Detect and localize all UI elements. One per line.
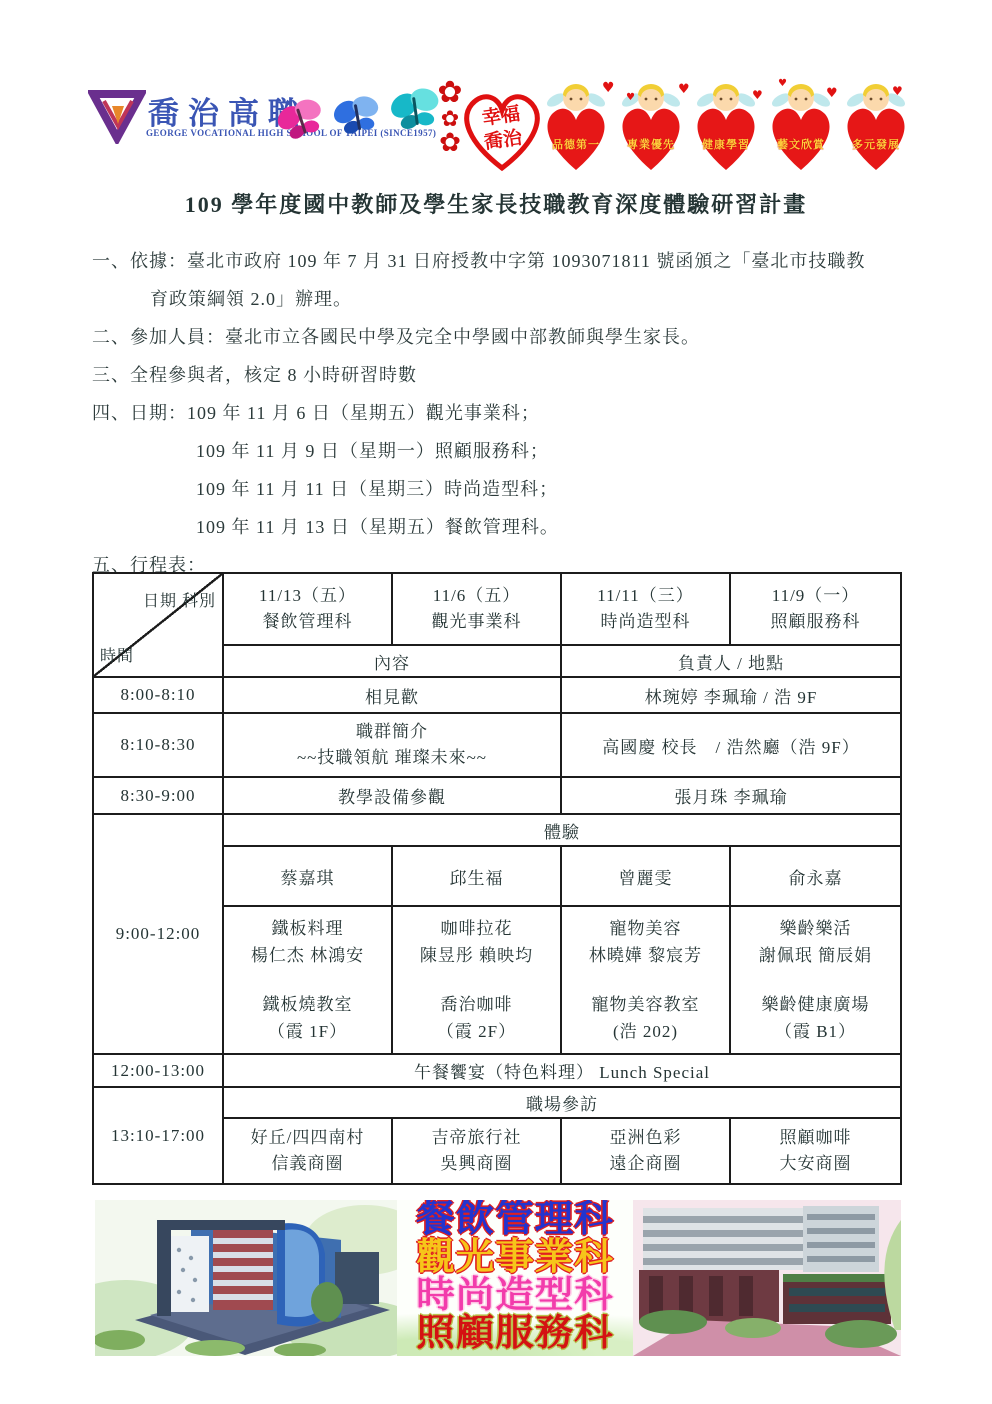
mini-heart-icon: ♥ [752,88,763,102]
schedule-table: 日期 科別 時間 11/13（五）餐飲管理科 11/6（五）觀光事業科 11/1… [92,572,902,1185]
experience-header-cell: 體驗 [223,814,901,846]
body-line: 一、依據：臺北市政府 109 年 7 月 31 日府授教中字第 10930718… [92,242,904,280]
value-hearts: 品德第一 專業優先 [540,78,908,174]
mini-heart-icon: ♥ [778,78,787,89]
date-header-cell: 11/13（五）餐飲管理科 [223,573,392,645]
activity-cell: 咖啡拉花 陳昱彤 賴映均 喬治咖啡 （霞 2F） [392,906,561,1054]
dept-label-fashion: 時尚造型科 [397,1276,633,1314]
value-heart-label: 健康學習 [690,136,762,152]
butterfly-icon [276,98,328,144]
time-cell: 8:00-8:10 [93,677,223,713]
dept-label-care: 照顧服務科 [397,1314,633,1352]
content-cell: 相見歡 [223,677,561,713]
school-logo-icon [88,86,146,144]
header-banner: 喬治高職 GEORGE VOCATIONAL HIGH SCHOOL OF TA… [88,76,908,176]
body-line: 109 年 11 月 13 日（星期五）餐飲管理科。 [92,508,904,546]
value-heart-label: 品德第一 [540,136,612,152]
value-heart-label: 多元發展 [840,136,912,152]
campus-photo-image [633,1200,901,1356]
mini-heart-icon: ♥ [678,82,690,97]
time-cell: 12:00-13:00 [93,1054,223,1087]
document-page: 喬治高職 GEORGE VOCATIONAL HIGH SCHOOL OF TA… [0,0,992,1404]
lunch-cell: 午餐饗宴（特色料理） Lunch Special [223,1054,901,1087]
destination-cell: 吉帝旅行社吳興商圈 [392,1118,561,1184]
body-line: 育政策綱領 2.0」辦理。 [92,280,904,318]
table-row: 8:30-9:00 教學設備參觀 張月珠 李珮瑜 [93,777,901,814]
mini-heart-icon: ♥ [892,84,903,98]
date-header-cell: 11/9（一）照顧服務科 [730,573,901,645]
visit-header-cell: 職場參訪 [223,1087,901,1118]
happiness-heart: 幸福 喬治 [454,80,550,174]
dept-label-restaurant: 餐飲管理科 [397,1200,633,1238]
content-cell: 職群簡介 ~~技職領航 璀璨未來~~ [223,713,561,777]
table-row: 12:00-13:00 午餐饗宴（特色料理） Lunch Special [93,1054,901,1087]
time-cell: 8:30-9:00 [93,777,223,814]
mini-heart-icon: ♥ [826,86,838,101]
time-cell: 13:10-17:00 [93,1087,223,1184]
body-line: 109 年 11 月 11 日（星期三）時尚造型科； [92,470,904,508]
leader-cell: 蔡嘉琪 [223,846,392,906]
table-row: 13:10-17:00 職場參訪 [93,1087,901,1118]
mini-heart-icon: ♥ [602,80,615,96]
corner-cell: 日期 科別 時間 [93,573,223,677]
campus-rendering-image [95,1200,397,1356]
content-cell: 教學設備參觀 [223,777,561,814]
leader-cell: 曾麗雯 [561,846,730,906]
destination-cell: 亞洲色彩遠企商圈 [561,1118,730,1184]
dept-label-tourism: 觀光事業科 [397,1238,633,1276]
body-line: 三、全程參與者，核定 8 小時研習時數 [92,356,904,394]
butterflies-decoration [276,84,446,144]
mini-heart-icon: ♥ [626,92,635,103]
content-header-cell: 內容 [223,645,561,677]
body-line: 109 年 11 月 9 日（星期一）照顧服務科； [92,432,904,470]
document-body: 一、依據：臺北市政府 109 年 7 月 31 日府授教中字第 10930718… [92,242,904,584]
activity-cell: 鐵板料理 楊仁杰 林鴻安 鐵板燒教室 （霞 1F） [223,906,392,1054]
date-header-cell: 11/11（三）時尚造型科 [561,573,730,645]
date-header-cell: 11/6（五）觀光事業科 [392,573,561,645]
table-row: 8:00-8:10 相見歡 林琬婷 李珮瑜 / 浩 9F [93,677,901,713]
body-line: 二、參加人員：臺北市立各國民中學及完全中學國中部教師與學生家長。 [92,318,904,356]
table-row: 日期 科別 時間 11/13（五）餐飲管理科 11/6（五）觀光事業科 11/1… [93,573,901,645]
time-cell: 8:10-8:30 [93,713,223,777]
corner-time-label: 時間 [100,643,134,666]
activity-cell: 寵物美容 林曉嬅 黎宸芳 寵物美容教室 (浩 202) [561,906,730,1054]
butterfly-icon [332,94,384,140]
footer-banner: 餐飲管理科 觀光事業科 時尚造型科 照顧服務科 [95,1200,901,1356]
time-cell: 9:00-12:00 [93,814,223,1054]
destination-cell: 好丘/四四南村信義商圈 [223,1118,392,1184]
body-line: 四、日期：109 年 11 月 6 日（星期五）觀光事業科； [92,394,904,432]
department-labels-panel: 餐飲管理科 觀光事業科 時尚造型科 照顧服務科 [397,1200,633,1356]
person-cell: 張月珠 李珮瑜 [561,777,901,814]
destination-cell: 照顧咖啡大安商圈 [730,1118,901,1184]
table-row: 8:10-8:30 職群簡介 ~~技職領航 璀璨未來~~ 高國慶 校長 / 浩然… [93,713,901,777]
person-place-header-cell: 負責人 / 地點 [561,645,901,677]
document-title: 109 學年度國中教師及學生家長技職教育深度體驗研習計畫 [0,188,992,219]
activity-cell: 樂齡樂活 謝佩珉 簡辰娟 樂齡健康廣場 （霞 B1） [730,906,901,1054]
person-cell: 高國慶 校長 / 浩然廳（浩 9F） [561,713,901,777]
person-cell: 林琬婷 李珮瑜 / 浩 9F [561,677,901,713]
value-heart-label: 專業優先 [615,136,687,152]
leader-cell: 邱生福 [392,846,561,906]
leader-cell: 俞永嘉 [730,846,901,906]
value-heart-label: 藝文欣賞 [765,136,837,152]
corner-date-dept-label: 日期 科別 [143,588,216,611]
table-row: 9:00-12:00 體驗 [93,814,901,846]
